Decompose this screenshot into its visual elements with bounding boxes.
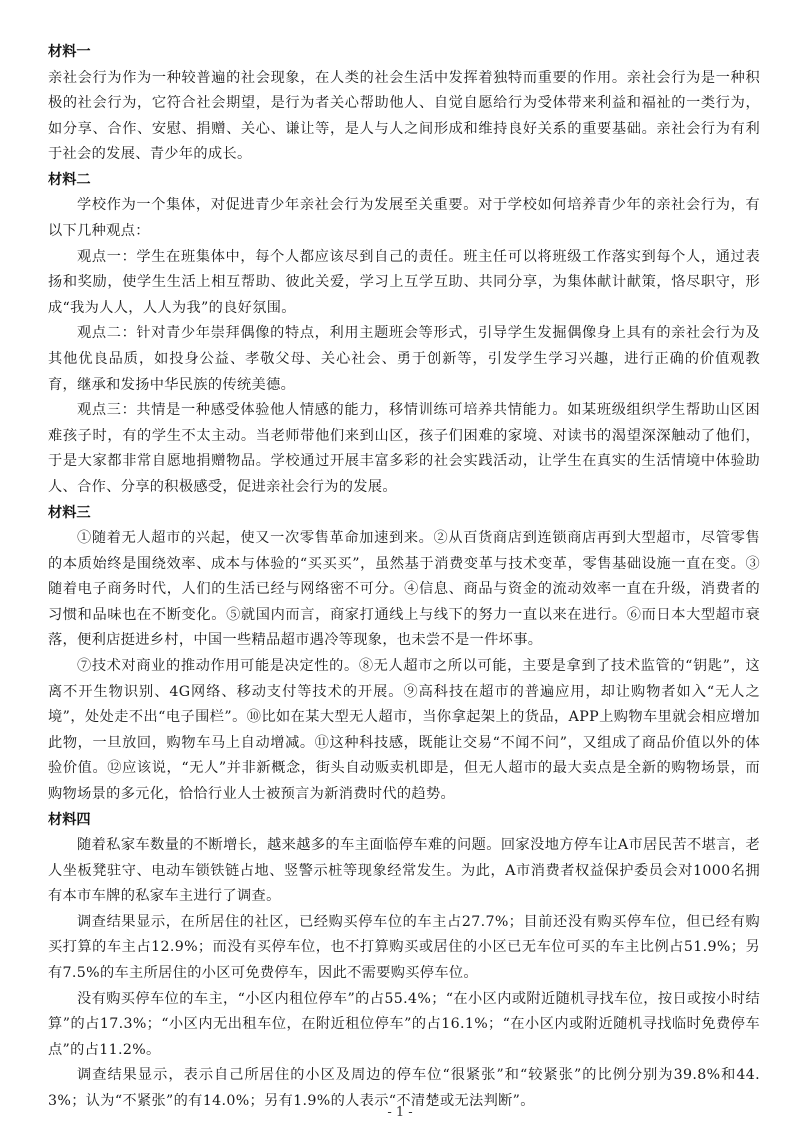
paragraph: 亲社会行为作为一种较普遍的社会现象，在人类的社会生活中发挥着独特而重要的作用。亲…: [48, 66, 760, 168]
section-heading: 材料三: [48, 501, 760, 527]
material-three: 材料三 ①随着无人超市的兴起，使又一次零售革命加速到来。②从百货商店到连锁商店再…: [48, 501, 760, 808]
paragraph-viewpoint-one: 观点一：学生在班集体中，每个人都应该尽到自己的责任。班主任可以将班级工作落实到每…: [48, 245, 760, 322]
section-heading: 材料二: [48, 168, 760, 194]
paragraph: ①随着无人超市的兴起，使又一次零售革命加速到来。②从百货商店到连锁商店再到大型超…: [48, 526, 760, 654]
paragraph-parking-methods: 没有购买停车位的车主，“小区内租位停车”的占55.4%；“在小区内或附近随机寻找…: [48, 987, 760, 1064]
section-heading: 材料一: [48, 40, 760, 66]
section-heading: 材料四: [48, 808, 760, 834]
paragraph-survey-results: 调查结果显示，在所居住的社区，已经购买停车位的车主占27.7%；目前还没有购买停…: [48, 910, 760, 987]
material-two: 材料二 学校作为一个集体，对促进青少年亲社会行为发展至关重要。对于学校如何培养青…: [48, 168, 760, 501]
paragraph-viewpoint-two: 观点二：针对青少年崇拜偶像的特点，利用主题班会等形式，引导学生发掘偶像身上具有的…: [48, 321, 760, 398]
document-page: 材料一 亲社会行为作为一种较普遍的社会现象，在人类的社会生活中发挥着独特而重要的…: [48, 40, 760, 1115]
material-one: 材料一 亲社会行为作为一种较普遍的社会现象，在人类的社会生活中发挥着独特而重要的…: [48, 40, 760, 168]
paragraph: 学校作为一个集体，对促进青少年亲社会行为发展至关重要。对于学校如何培养青少年的亲…: [48, 193, 760, 244]
paragraph-viewpoint-three: 观点三：共情是一种感受体验他人情感的能力，移情训练可培养共情能力。如某班级组织学…: [48, 398, 760, 500]
paragraph: ⑦技术对商业的推动作用可能是决定性的。⑧无人超市之所以可能，主要是拿到了技术监管…: [48, 654, 760, 808]
material-four: 材料四 随着私家车数量的不断增长，越来越多的车主面临停车难的问题。回家没地方停车…: [48, 808, 760, 1115]
page-number: - 1 -: [0, 1105, 800, 1120]
paragraph: 随着私家车数量的不断增长，越来越多的车主面临停车难的问题。回家没地方停车让A市居…: [48, 833, 760, 910]
